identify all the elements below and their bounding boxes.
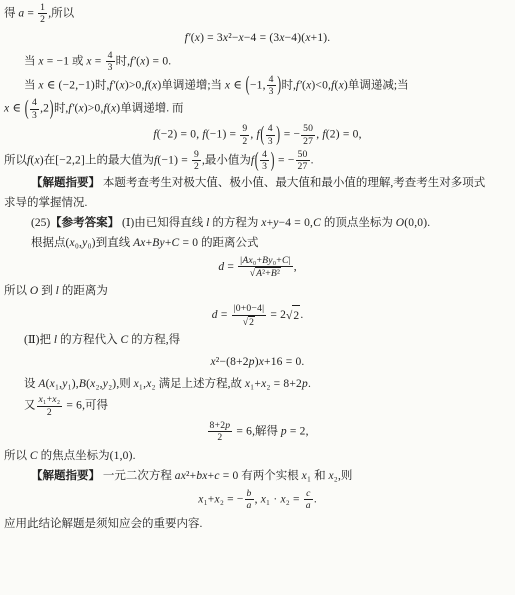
math-symbol: 4 — [269, 74, 274, 85]
math-run: x₁+x₂ = 8+2p — [245, 378, 308, 390]
math-run: f′(x) = 0. — [130, 55, 171, 67]
fraction: 43 — [266, 74, 277, 98]
math-run: , x₁ · x₂ = — [255, 493, 303, 505]
text-run: 又 — [24, 400, 36, 412]
text-run: 和 — [311, 470, 328, 482]
text-run: ,解得 — [252, 426, 281, 438]
math-symbol: 3 — [269, 86, 274, 97]
math-symbol: | — [289, 255, 291, 266]
distance-of-O-line: 所以 O 到 l 的距离为 — [4, 281, 511, 301]
fraction: 92 — [239, 123, 250, 147]
fraction-denominator: 2 — [192, 161, 201, 172]
math-symbol: (0,0) — [404, 217, 427, 229]
text-run: . — [314, 493, 317, 505]
math-run: x ∈ — [4, 103, 24, 115]
math-run: f(−1) = — [154, 154, 191, 166]
fraction-denominator: 2 — [240, 136, 249, 147]
math-run: O(0,0) — [396, 217, 428, 229]
math-symbol: ∈ — [230, 79, 245, 91]
fraction-numerator: 4 — [267, 74, 276, 86]
distance-value-formula: d = |0+0−4|√2 = 2√2. — [4, 303, 511, 328]
text-run: ,最小值为 — [202, 154, 251, 166]
math-run: f(−2) = 0, f(−1) = — [153, 129, 239, 141]
fraction: 92 — [191, 149, 202, 173]
text-run: 应用此结论解题是须知应会的重要内容. — [4, 518, 202, 530]
fraction-numerator: b — [245, 488, 254, 500]
math-symbol: ₂ — [57, 394, 61, 405]
math-symbol: ₁), — [68, 378, 79, 390]
monotonicity-line-1: 当 x ∈ (−2,−1)时,f′(x)>0,f(x)单调递增;当 x ∈ (−… — [4, 74, 511, 98]
math-symbol: = — [92, 55, 105, 67]
math-run: ,2 — [40, 103, 49, 115]
math-run: x₂ — [328, 470, 338, 482]
text-run: 得 — [4, 8, 18, 20]
big-paren: ( — [254, 143, 259, 179]
fraction-numerator: 9 — [192, 149, 201, 161]
math-run: p = 2 — [281, 426, 306, 438]
text-run: 当 — [24, 79, 38, 91]
math-symbol: (1,0) — [110, 450, 133, 462]
fraction-denominator: √2 — [241, 316, 257, 328]
text-run: 单调递增;当 — [161, 79, 225, 91]
math-symbol: ₀+ — [273, 255, 282, 266]
math-symbol: 2 — [40, 14, 45, 25]
text-run: 时, — [54, 103, 68, 115]
math-letter: Ax — [133, 237, 146, 249]
vieta-formulas: x₁+x₂ = −ba, x₁ · x₂ = ca. — [4, 488, 511, 512]
math-symbol: ²+ — [186, 470, 196, 482]
big-paren: ) — [49, 91, 54, 127]
sqrt-expression: √A²+B² — [250, 267, 281, 279]
math-run: d = — [212, 310, 231, 322]
text-run: (Ⅰ)由已知得直线 — [119, 217, 206, 229]
math-symbol: = −1 — [44, 55, 69, 67]
text-run: 在 — [44, 154, 56, 166]
math-letter: a — [306, 500, 311, 511]
math-symbol: |0+0−4| — [234, 303, 265, 314]
fraction-denominator: a — [304, 500, 313, 511]
math-letter: C — [282, 255, 289, 266]
text-run: 的距离公式 — [198, 237, 258, 249]
math-symbol: ₁+ — [250, 378, 261, 390]
math-run: x₁ — [302, 470, 312, 482]
math-run: −1, — [250, 79, 266, 91]
math-run: (x₀,y₀) — [66, 237, 96, 249]
fraction-numerator: 8+2p — [208, 420, 233, 432]
math-symbol: [−2,2] — [55, 154, 85, 166]
text-run: 单调递增. 而 — [120, 103, 183, 115]
text-run: . — [133, 450, 136, 462]
math-run: A(x₁,y₁),B(x₂,y₂) — [38, 378, 116, 390]
quadratic-equation-formula: x²−(8+2p)x+16 = 0. — [4, 352, 511, 372]
distance-formula: d = |Ax₀+By₀+C|√A²+B², — [4, 255, 511, 280]
part2-substitution-line: (Ⅱ)把 l 的方程代入 C 的方程,得 — [4, 330, 511, 350]
fraction: |0+0−4|√2 — [231, 303, 268, 328]
fraction-numerator: 4 — [106, 50, 115, 62]
math-run: = 6 — [63, 400, 82, 412]
math-run: (1,0) — [110, 450, 133, 462]
fraction-numerator: 4 — [30, 97, 39, 109]
math-symbol: ²−(8+2 — [216, 356, 249, 368]
math-symbol: ∈ — [9, 103, 24, 115]
fraction-numerator: |0+0−4| — [232, 303, 267, 315]
math-symbol: ∈ (−2,−1) — [44, 79, 95, 91]
math-letter: b — [247, 488, 252, 499]
big-paren: ( — [245, 67, 250, 103]
math-symbol: ) = 3 — [200, 32, 223, 44]
text-run: 当 — [24, 55, 38, 67]
math-symbol: (−1) = — [206, 129, 240, 141]
fraction-numerator: 50 — [296, 149, 310, 161]
math-symbol: 27 — [298, 161, 308, 172]
math-run: a = — [18, 8, 37, 20]
math-symbol: ²− — [228, 32, 238, 44]
text-run: ,则 — [116, 378, 133, 390]
text-run: . — [308, 378, 311, 390]
text-run: 的焦点坐标为 — [38, 450, 110, 462]
math-symbol: 2 — [293, 310, 299, 322]
math-letter: Ax — [242, 255, 253, 266]
math-run: d = — [218, 261, 237, 273]
text-run: 设 — [24, 378, 38, 390]
math-letter: C — [313, 217, 321, 229]
text-run: 时, — [282, 79, 296, 91]
math-symbol: ₂, — [95, 378, 102, 390]
big-paren: ( — [24, 91, 29, 127]
note-24-line-2: 求导的掌握情况. — [4, 193, 511, 213]
math-run: x₁,x₂ — [134, 378, 156, 390]
math-symbol: −4 = (3 — [244, 32, 279, 44]
math-symbol: = 6 — [233, 426, 252, 438]
math-run: x²−(8+2p)x+16 = 0. — [210, 356, 304, 368]
math-run: f′(x)>0,f(x) — [68, 103, 120, 115]
math-letter: By — [152, 237, 165, 249]
document-page: 得 a = 12,所以f′(x) = 3x²−x−4 = (3x−4)(x+1)… — [0, 0, 515, 595]
math-symbol: )>0, — [84, 103, 104, 115]
math-symbol: ,2 — [40, 103, 49, 115]
math-letter: A — [38, 378, 45, 390]
text-run: (Ⅱ)把 — [24, 334, 54, 346]
math-symbol: 9 — [242, 123, 247, 134]
text-run: 的方程为 — [210, 217, 262, 229]
math-run: = 6 — [233, 426, 252, 438]
big-paren: ( — [260, 117, 265, 153]
math-symbol: 50 — [303, 123, 313, 134]
sqrt-expression: √2 — [286, 305, 300, 326]
vieta-application-line: 设 A(x₁,y₁),B(x₂,y₂),则 x₁,x₂ 满足上述方程,故 x₁+… — [4, 374, 511, 394]
math-symbol: −1, — [250, 79, 266, 91]
math-symbol: +1). — [311, 32, 331, 44]
math-symbol: = − — [275, 154, 295, 166]
fraction: ca — [303, 488, 314, 512]
text-run: 满足上述方程,故 — [156, 378, 245, 390]
math-symbol: +16 = 0. — [264, 356, 304, 368]
math-run: x+y−4 = 0,C — [261, 217, 321, 229]
text-run: 到 — [38, 285, 55, 297]
text-run: 的方程代入 — [57, 334, 120, 346]
fraction-numerator: x₁+x₂ — [37, 394, 63, 406]
text-run: 的顶点坐标为 — [321, 217, 396, 229]
math-symbol: −4)( — [285, 32, 306, 44]
math-run: C — [30, 450, 38, 462]
math-symbol: 8+2 — [210, 420, 226, 431]
math-run: [−2,2] — [55, 154, 85, 166]
math-symbol: = 2 — [287, 426, 306, 438]
fraction: 8+2p2 — [207, 420, 234, 444]
math-letter: p — [225, 420, 230, 431]
math-run: x ∈ (−2,−1) — [38, 79, 95, 91]
text-run: ,则 — [338, 470, 352, 482]
fraction: |Ax₀+By₀+C|√A²+B² — [237, 255, 294, 280]
fraction-denominator: 27 — [301, 136, 315, 147]
text-run: 有两个实根 — [238, 470, 301, 482]
math-symbol: ₂ = − — [220, 493, 244, 505]
sqrt-argument: A²+B² — [255, 267, 281, 279]
text-run: ,可得 — [82, 400, 108, 412]
monotonicity-line-2: x ∈ (43,2)时,f′(x)>0,f(x)单调递增. 而 — [4, 97, 511, 121]
math-symbol: (−2) = 0, — [157, 129, 203, 141]
text-run: 的方程,得 — [128, 334, 180, 346]
fraction: ba — [244, 488, 255, 512]
fraction-denominator: 2 — [38, 14, 47, 25]
text-run: 根据点 — [31, 237, 66, 249]
math-symbol: ₂ = — [286, 493, 303, 505]
math-symbol: = 0 — [179, 237, 198, 249]
text-run: . — [311, 154, 314, 166]
given-a-line: 得 a = 12,所以 — [4, 2, 511, 26]
math-symbol: ₀) — [87, 237, 95, 249]
sqrt-argument: 2 — [248, 316, 255, 328]
text-run: , — [306, 426, 309, 438]
math-run: x = −1 — [38, 55, 69, 67]
math-symbol: (−1) = — [157, 154, 191, 166]
fraction: x₁+x₂2 — [36, 394, 64, 418]
fraction-numerator: 4 — [266, 123, 275, 135]
fraction-denominator: 3 — [260, 161, 269, 172]
fraction: 43 — [29, 97, 40, 121]
big-paren: ) — [270, 143, 275, 179]
math-symbol: ² — [277, 268, 280, 279]
fraction-denominator: 27 — [296, 161, 310, 172]
math-symbol: 3 — [262, 161, 267, 172]
text-run: 上的最大值为 — [85, 154, 154, 166]
math-symbol: ₁+ — [204, 493, 215, 505]
closing-line: 应用此结论解题是须知应会的重要内容. — [4, 514, 511, 534]
heading-run: 【解题指要】 — [31, 470, 100, 482]
math-symbol: (2) = 0, — [326, 129, 362, 141]
math-symbol: 9 — [194, 149, 199, 160]
text-run: 求导的掌握情况. — [4, 197, 87, 209]
math-symbol: = 0 — [220, 470, 239, 482]
math-run: f′(x)>0,f(x) — [109, 79, 161, 91]
math-symbol: 2 — [194, 161, 199, 172]
math-symbol: )>0, — [125, 79, 145, 91]
math-symbol: 4 — [108, 50, 113, 61]
math-run: f′(x) = 3x²−x−4 = (3x−4)(x+1). — [185, 32, 331, 44]
math-run: = − — [281, 129, 301, 141]
math-symbol: ₀+ — [253, 255, 262, 266]
fraction-denominator: 2 — [45, 407, 54, 418]
fraction: 12 — [37, 2, 48, 26]
text-run: 本题考查考生对极大值、极小值、最大值和最小值的理解,考查考生对多项式 — [100, 177, 485, 189]
math-symbol: 2 — [47, 407, 52, 418]
math-symbol: = 6 — [63, 400, 82, 412]
text-run: . — [427, 217, 430, 229]
big-paren: ) — [276, 117, 281, 153]
fraction-denominator: a — [245, 500, 254, 511]
math-letter: c — [306, 488, 311, 499]
math-symbol: )<0, — [311, 79, 331, 91]
text-run: (25) — [31, 217, 50, 229]
text-run: 一元二次方程 — [100, 470, 175, 482]
math-run: x₁+x₂ = − — [198, 493, 243, 505]
fraction-denominator: √A²+B² — [248, 267, 283, 279]
fraction-denominator: 3 — [267, 86, 276, 97]
note-25-line: 【解题指要】 一元二次方程 ax²+bx+c = 0 有两个实根 x₁ 和 x₂… — [4, 466, 511, 486]
math-run: = 2 — [267, 310, 286, 322]
fraction-numerator: 1 — [38, 2, 47, 14]
math-run: x = — [86, 55, 104, 67]
math-symbol: = — [24, 8, 37, 20]
math-symbol: 27 — [303, 136, 313, 147]
distance-formula-intro-line: 根据点(x₀,y₀)到直线 Ax+By+C = 0 的距离公式 — [4, 233, 511, 253]
derivative-formula: f′(x) = 3x²−x−4 = (3x−4)(x+1). — [4, 28, 511, 48]
math-symbol: 3 — [108, 62, 113, 73]
math-symbol: 2 — [242, 136, 247, 147]
answer-25-line: (25)【参考答案】 (Ⅰ)由已知得直线 l 的方程为 x+y−4 = 0,C … — [4, 213, 511, 233]
document-content: 得 a = 12,所以f′(x) = 3x²−x−4 = (3x−4)(x+1)… — [4, 2, 511, 534]
text-run: 所以 — [4, 154, 27, 166]
math-symbol: 2 — [217, 432, 222, 443]
midpoint-condition-line: 又x₁+x₂2 = 6,可得 — [4, 394, 511, 418]
text-run: ,所以 — [48, 8, 74, 20]
math-letter: C — [30, 450, 38, 462]
fraction-denominator: 2 — [215, 432, 224, 443]
math-letter: bx — [196, 470, 207, 482]
math-symbol: = — [224, 261, 237, 273]
math-symbol: ) = 0. — [145, 55, 171, 67]
solve-p-formula: 8+2p2 = 6,解得 p = 2, — [4, 420, 511, 444]
text-run: 或 — [69, 55, 86, 67]
text-run: , — [294, 261, 297, 273]
text-run: 的距离为 — [59, 285, 108, 297]
math-letter: O — [396, 217, 405, 229]
math-symbol: 1 — [40, 2, 45, 13]
fraction-denominator: 3 — [30, 110, 39, 121]
math-symbol: ²+ — [262, 268, 271, 279]
text-run: 时, — [116, 55, 130, 67]
focus-conclusion-line: 所以 C 的焦点坐标为(1,0). — [4, 446, 511, 466]
fraction: 5027 — [295, 149, 311, 173]
math-run: = − — [275, 154, 295, 166]
math-run: ax²+bx+c = 0 — [175, 470, 239, 482]
math-symbol: 4 — [268, 123, 273, 134]
big-paren: ) — [277, 67, 282, 103]
sqrt-expression: √2 — [243, 316, 255, 328]
math-symbol: + — [165, 237, 172, 249]
math-symbol: = — [218, 310, 231, 322]
math-run: x ∈ — [225, 79, 245, 91]
fraction-numerator: 50 — [301, 123, 315, 135]
heading-run: 【参考答案】 — [50, 217, 119, 229]
math-symbol: = − — [281, 129, 301, 141]
fraction-numerator: c — [304, 488, 313, 500]
critical-points-line: 当 x = −1 或 x = 43时,f′(x) = 0. — [4, 50, 511, 74]
math-symbol: ₂ = 8+2 — [266, 378, 302, 390]
math-run: , f(2) = 0, — [316, 129, 361, 141]
math-symbol: −4 = 0, — [279, 217, 314, 229]
fraction-denominator: 3 — [106, 62, 115, 73]
fraction-numerator: |Ax₀+By₀+C| — [238, 255, 293, 267]
fraction: 43 — [105, 50, 116, 74]
math-symbol: 4 — [32, 97, 37, 108]
text-run: 到直线 — [96, 237, 133, 249]
math-run: f′(x)<0,f(x) — [296, 79, 348, 91]
heading-run: 【解题指要】 — [31, 177, 100, 189]
math-symbol: 50 — [298, 149, 308, 160]
math-run: f(x) — [27, 154, 44, 166]
fraction: 5027 — [300, 123, 316, 147]
text-run: . — [300, 310, 303, 322]
text-run: 所以 — [4, 450, 30, 462]
text-run: 时, — [95, 79, 109, 91]
math-symbol: 3 — [32, 110, 37, 121]
text-run: 所以 — [4, 285, 30, 297]
math-letter: By — [262, 255, 273, 266]
math-symbol: 2 — [249, 317, 254, 328]
text-run: 单调递减;当 — [348, 79, 409, 91]
math-symbol: = 2 — [267, 310, 286, 322]
math-symbol: ₁ · — [266, 493, 280, 505]
fraction-numerator: 9 — [240, 123, 249, 135]
math-run: Ax+By+C = 0 — [133, 237, 198, 249]
math-run: , f — [250, 129, 260, 141]
math-letter: ax — [175, 470, 186, 482]
extrema-conclusion-line: 所以f(x)在[−2,2]上的最大值为f(−1) = 92,最小值为f(43) … — [4, 149, 511, 173]
math-symbol: ₁+ — [43, 394, 52, 405]
math-letter: a — [247, 500, 252, 511]
